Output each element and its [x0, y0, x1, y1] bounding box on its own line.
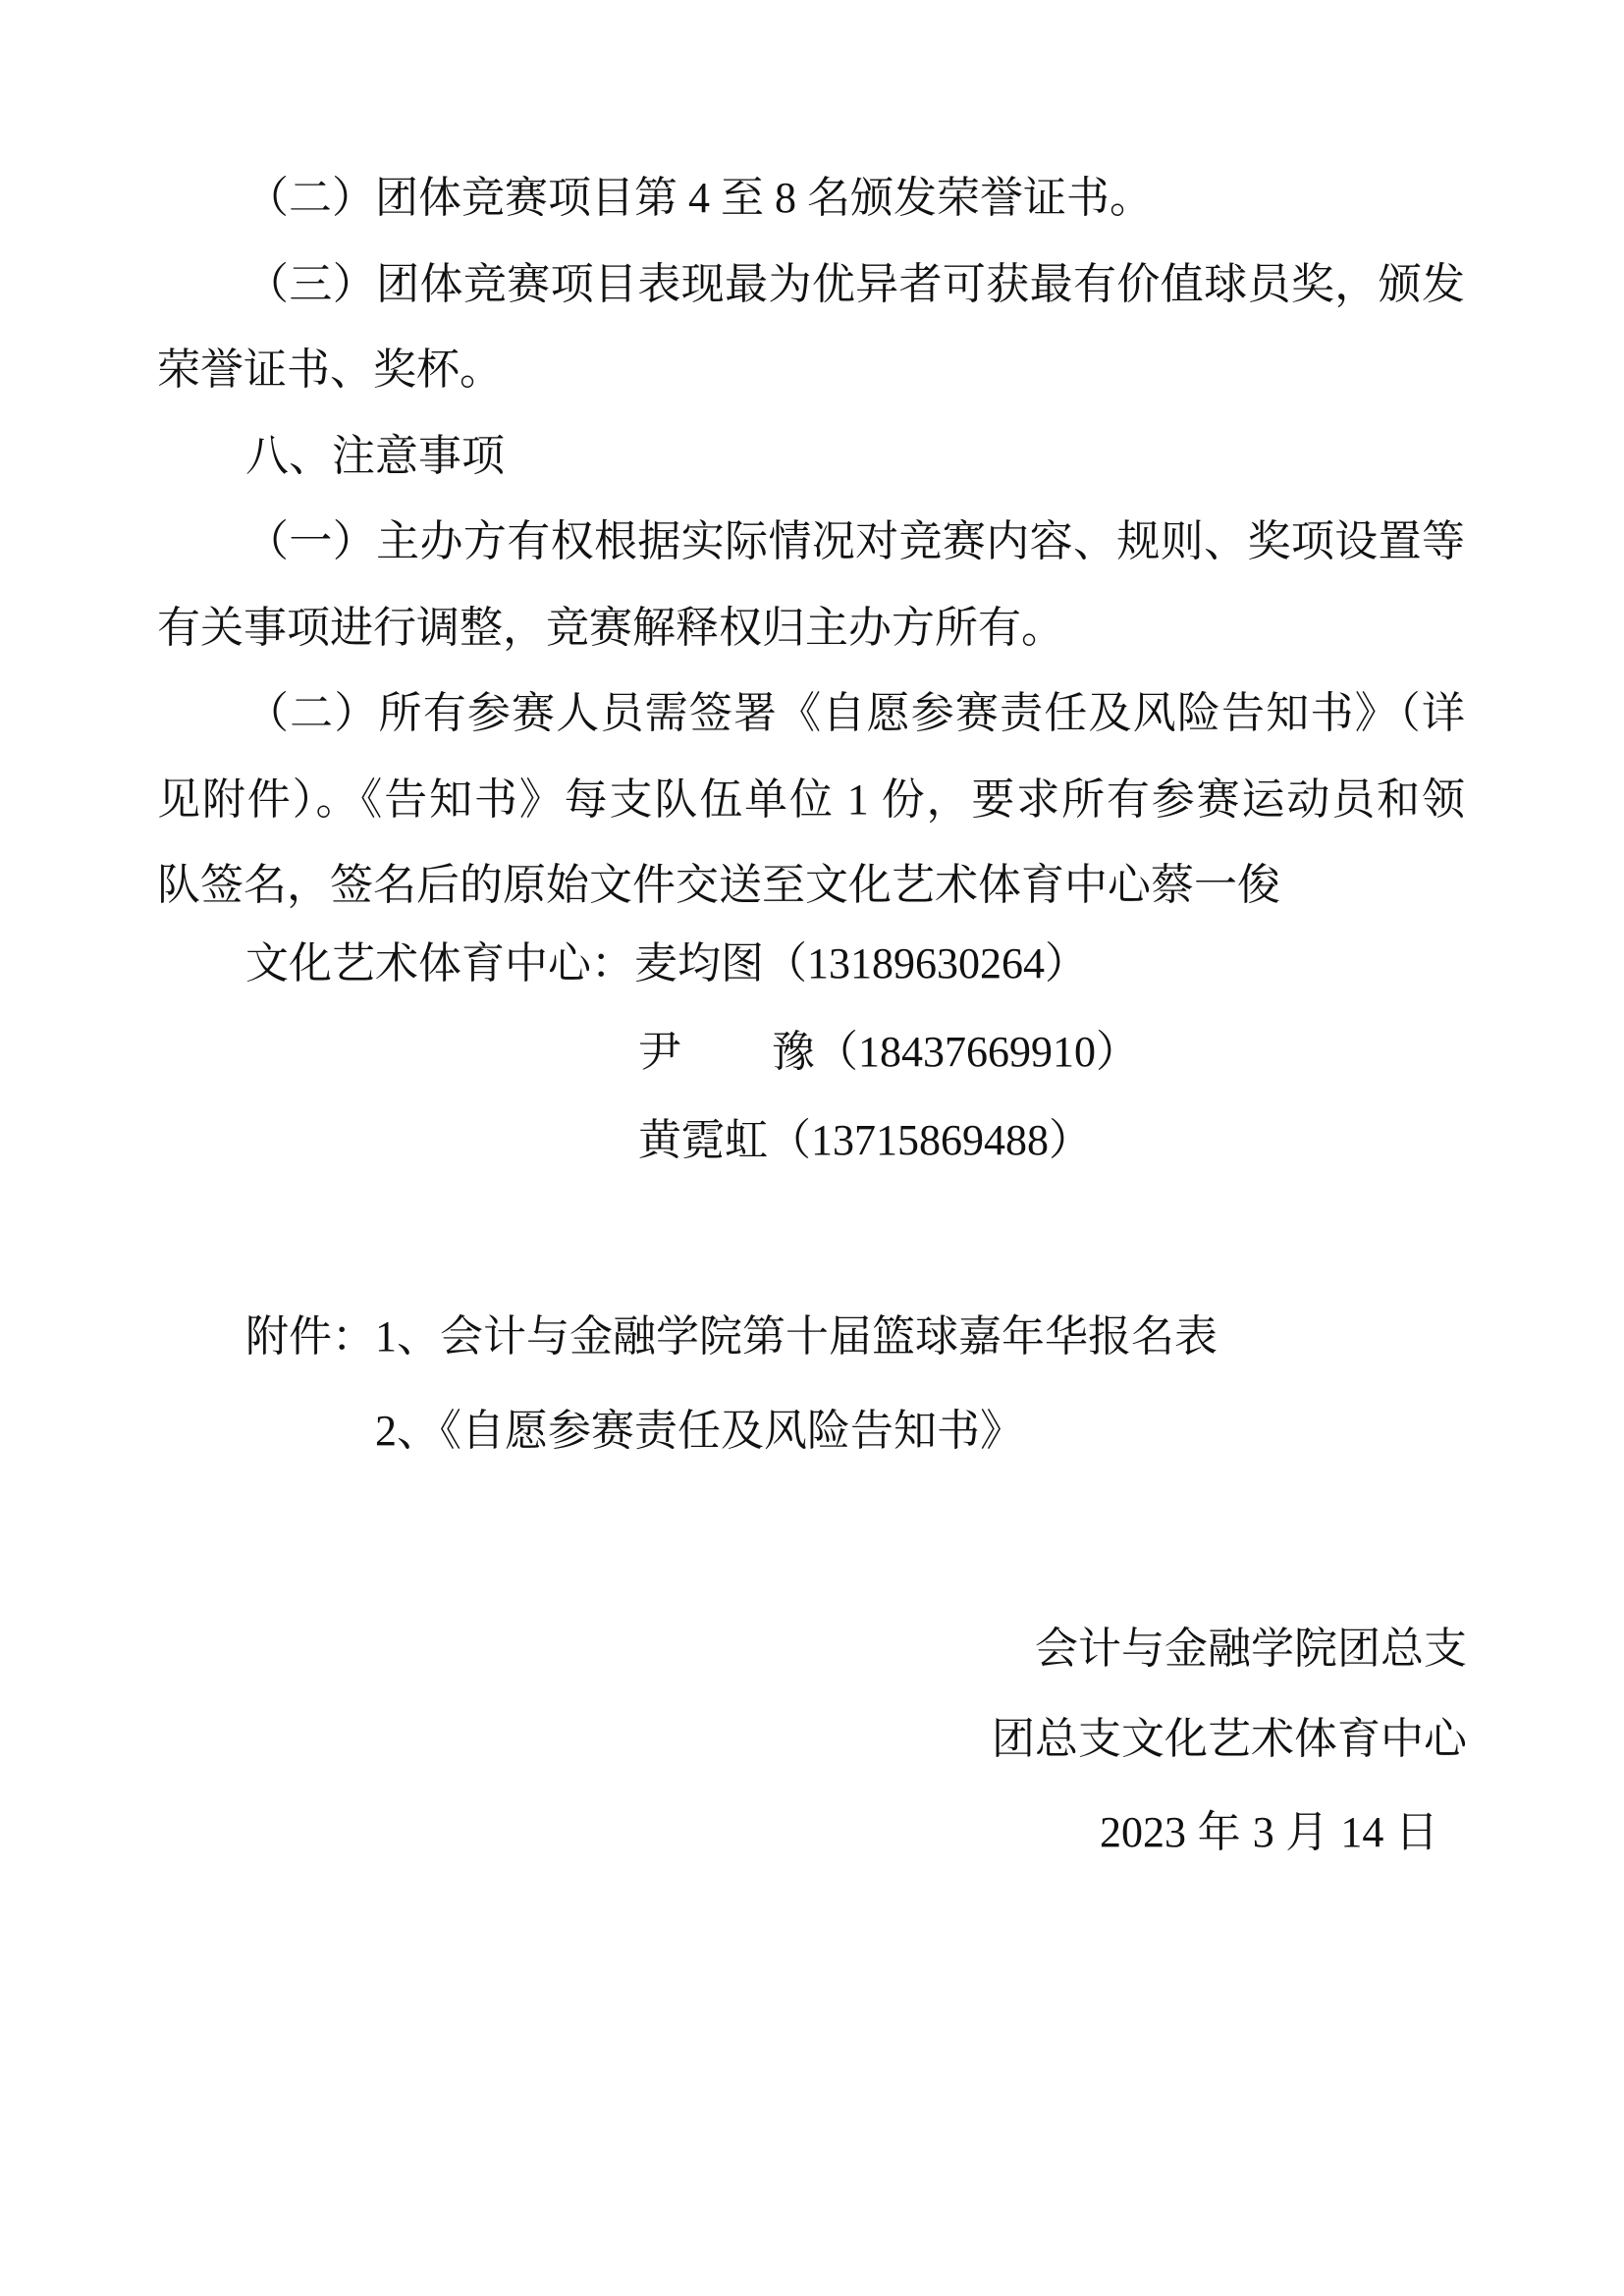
paragraph-note-2-line-1: （二）所有参赛人员需签署《自愿参赛责任及风险告知书》（详 [157, 690, 1465, 737]
paragraph-award-4-8: （二）团体竞赛项目第 4 至 8 名颁发荣誉证书。 [157, 175, 1465, 222]
attachment-item: 2、《自愿参赛责任及风险告知书》 [375, 1407, 1023, 1455]
contact-label: 文化艺术体育中心： [245, 939, 634, 988]
signature-org-2: 团总支文化艺术体育中心 [992, 1716, 1467, 1763]
contact-name-last: 豫 [772, 1028, 815, 1076]
section-heading-notes: 八、注意事项 [157, 433, 1465, 480]
paragraph-note-1-line-1: （一）主办方有权根据实际情况对竞赛内容、规则、奖项设置等 [157, 518, 1465, 565]
contact-name: 黄霓虹 [638, 1116, 768, 1164]
attachment-line-1: 附件：1、会计与金融学院第十届篮球嘉年华报名表 [245, 1313, 1218, 1361]
contact-name-first: 尹 [638, 1028, 681, 1076]
contact-phone: （13189630264） [764, 939, 1088, 988]
attachment-line-2: 2、《自愿参赛责任及风险告知书》 [375, 1408, 1023, 1455]
contact-line-3: 黄霓虹（13715869488） [638, 1117, 1092, 1164]
contact-phone: （13715869488） [768, 1116, 1092, 1164]
contact-line-1: 文化艺术体育中心：麦均图（13189630264） [245, 940, 1088, 988]
contact-name: 麦均图 [634, 939, 764, 988]
contact-phone: （18437669910） [815, 1028, 1139, 1076]
document-page: （二）团体竞赛项目第 4 至 8 名颁发荣誉证书。 （三）团体竞赛项目表现最为优… [0, 0, 1624, 2296]
paragraph-note-2-line-3: 队签名，签名后的原始文件交送至文化艺术体育中心蔡一俊 [157, 862, 1465, 909]
contact-line-2: 尹豫（18437669910） [638, 1029, 1139, 1076]
signature-org-1: 会计与金融学院团总支 [1035, 1626, 1467, 1673]
paragraph-award-mvp-line-1: （三）团体竞赛项目表现最为优异者可获最有价值球员奖，颁发 [157, 261, 1465, 308]
paragraph-note-2-line-2: 见附件）。《告知书》每支队伍单位 1 份，要求所有参赛运动员和领 [157, 776, 1465, 824]
paragraph-award-mvp-line-2: 荣誉证书、奖杯。 [157, 347, 1465, 394]
signature-date: 2023 年 3 月 14 日 [1100, 1809, 1438, 1856]
attachments-label: 附件： [245, 1312, 375, 1361]
attachment-item: 1、会计与金融学院第十届篮球嘉年华报名表 [375, 1312, 1218, 1361]
paragraph-note-1-line-2: 有关事项进行调整，竞赛解释权归主办方所有。 [157, 605, 1465, 652]
